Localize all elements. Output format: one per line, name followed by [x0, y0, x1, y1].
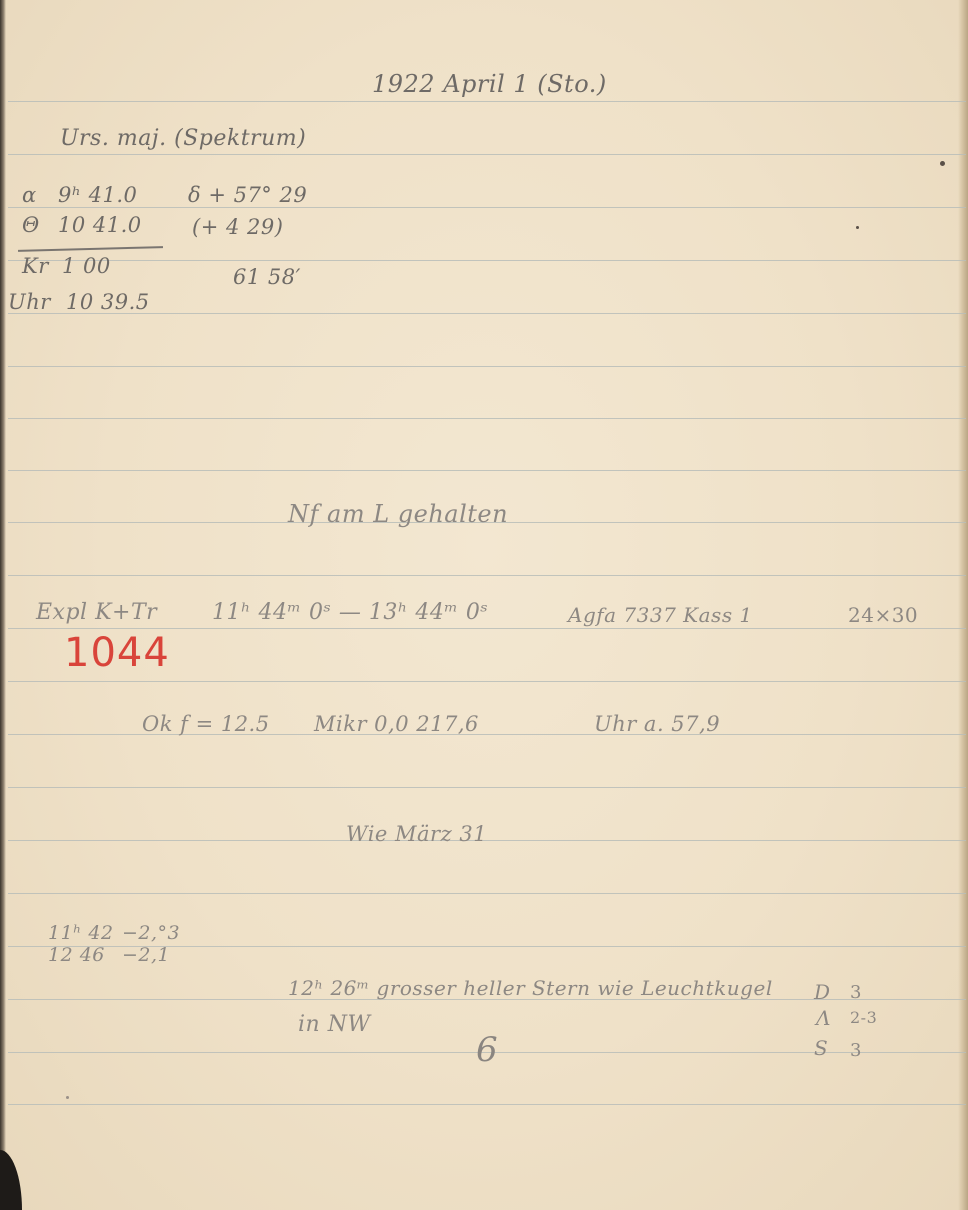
exposure-time-range: 11ʰ 44ᵐ 0ˢ — 13ʰ 44ᵐ 0ˢ	[212, 600, 488, 625]
temp-value: −2,°3	[122, 922, 180, 944]
plate-info: Agfa 7337 Kass 1	[568, 603, 753, 627]
clock-reading: Uhr a. 57,9	[594, 712, 720, 736]
coord-label: Θ	[22, 213, 40, 237]
paper-speck	[856, 226, 859, 229]
same-as-note: Wie März 31	[346, 822, 487, 846]
ruled-line	[8, 628, 966, 629]
coord-ra: 10 41.0	[58, 213, 142, 237]
coord-ra: 10 39.5	[66, 290, 150, 314]
ruled-line	[8, 260, 966, 261]
temp-time: 11ʰ 42	[48, 922, 114, 944]
observation-line-2: in NW	[298, 1012, 371, 1037]
coord-dec: 61 58′	[233, 265, 301, 289]
coord-ra: 1 00	[62, 254, 111, 278]
block-title: Urs. maj. (Spektrum)	[60, 126, 306, 151]
paper-speck	[66, 1096, 69, 1099]
ruled-line	[8, 366, 966, 367]
sum-underline	[18, 246, 163, 252]
rating-value: 3	[850, 1040, 862, 1061]
rating-value: 3	[850, 982, 862, 1003]
page-right-edge	[958, 0, 968, 1210]
guiding-note: Nf am L gehalten	[288, 500, 508, 528]
ocular-focus: Ok f = 12.5	[142, 712, 270, 736]
coord-label: Uhr	[8, 290, 51, 314]
temp-time: 12 46	[48, 944, 105, 966]
temp-value: −2,1	[122, 944, 170, 966]
ruled-line	[8, 207, 966, 208]
ruled-line	[8, 681, 966, 682]
notebook-page: 1922 April 1 (Sto.) Urs. maj. (Spektrum)…	[0, 0, 968, 1210]
ruled-line	[8, 893, 966, 894]
ruled-line	[8, 1104, 966, 1105]
coord-dec: (+ 4 29)	[192, 215, 283, 239]
coord-dec: δ + 57° 29	[188, 183, 307, 207]
coord-label: α	[22, 183, 37, 207]
exposure-label: Expl K+Tr	[36, 600, 157, 625]
rating-symbol: S	[814, 1036, 828, 1060]
rating-symbol: D	[814, 980, 831, 1004]
coord-label: Kr	[22, 254, 49, 278]
plate-number-red: 1044	[64, 630, 170, 676]
observation-mark: 6	[476, 1030, 498, 1070]
micrometer-reading: Mikr 0,0 217,6	[314, 712, 479, 736]
plate-size: 24×30	[848, 603, 918, 627]
ruled-line	[8, 313, 966, 314]
ruled-line	[8, 470, 966, 471]
rating-value: 2-3	[850, 1008, 877, 1027]
coord-ra: 9ʰ 41.0	[58, 183, 137, 207]
observation-line-1: 12ʰ 26ᵐ grosser heller Stern wie Leuchtk…	[288, 976, 773, 1000]
ruled-line	[8, 575, 966, 576]
ruled-line	[8, 418, 966, 419]
ruled-line	[8, 154, 966, 155]
paper-speck	[940, 161, 945, 166]
ruled-line	[8, 101, 966, 102]
page-binding-edge	[0, 0, 6, 1210]
rating-symbol: Λ	[816, 1006, 831, 1030]
page-corner-shadow	[0, 1150, 22, 1210]
page-header-date: 1922 April 1 (Sto.)	[372, 70, 607, 98]
ruled-line	[8, 787, 966, 788]
